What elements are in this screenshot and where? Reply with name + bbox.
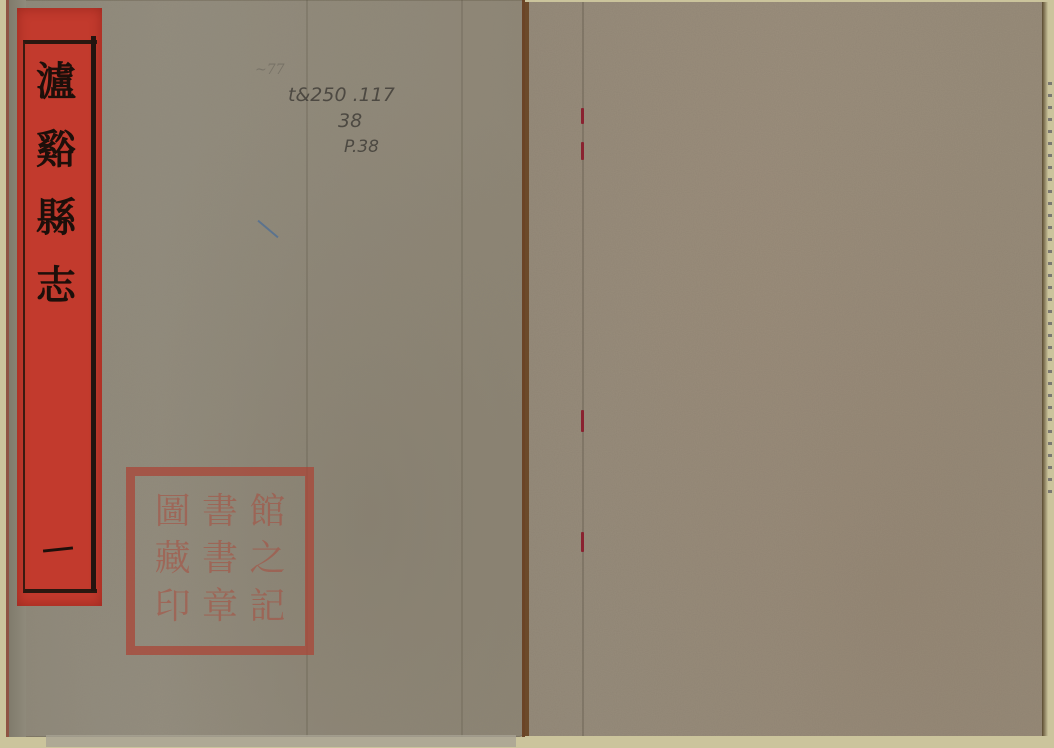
seal-glyph: 記 bbox=[244, 585, 291, 632]
catalog-line-2: 38 bbox=[338, 108, 395, 134]
title-characters: 瀘 谿 縣 志 bbox=[25, 48, 87, 320]
cover-crease bbox=[461, 0, 463, 737]
seal-glyph-grid: 圖 書 館 藏 書 之 印 章 記 bbox=[149, 490, 291, 632]
right-blank-page bbox=[528, 2, 1042, 736]
library-seal: 圖 書 館 藏 書 之 印 章 記 bbox=[126, 467, 314, 655]
catalog-line-1: t&250 .117 bbox=[288, 82, 395, 108]
binding-stitch bbox=[581, 108, 584, 124]
seal-glyph: 之 bbox=[244, 537, 291, 584]
binding-stitch bbox=[581, 142, 584, 160]
faint-pencil-mark: ~77 bbox=[255, 62, 285, 78]
binding-stitch bbox=[581, 410, 584, 432]
binding-stitch bbox=[581, 532, 584, 552]
title-slip-frame-bar bbox=[91, 36, 96, 591]
seal-glyph: 圖 bbox=[149, 490, 196, 537]
seal-glyph: 館 bbox=[244, 490, 291, 537]
title-char: 縣 bbox=[36, 184, 76, 252]
title-slip: 瀘 谿 縣 志 bbox=[17, 8, 102, 606]
page-gutter-edge bbox=[525, 2, 529, 736]
title-char: 瀘 bbox=[36, 48, 76, 116]
seal-glyph: 章 bbox=[196, 585, 243, 632]
title-char: 志 bbox=[36, 252, 76, 320]
cover-bottom-strip bbox=[46, 735, 516, 747]
seal-glyph: 印 bbox=[149, 585, 196, 632]
title-char: 谿 bbox=[36, 116, 76, 184]
seal-glyph: 書 bbox=[196, 490, 243, 537]
seal-glyph: 藏 bbox=[149, 537, 196, 584]
cover-red-edge bbox=[6, 0, 9, 737]
page-edge-printing bbox=[1048, 82, 1052, 502]
paper-texture bbox=[528, 2, 1042, 736]
catalog-line-3: P.38 bbox=[344, 134, 395, 160]
handwritten-catalog-number: t&250 .117 38 P.38 bbox=[288, 82, 395, 160]
seal-glyph: 書 bbox=[196, 537, 243, 584]
